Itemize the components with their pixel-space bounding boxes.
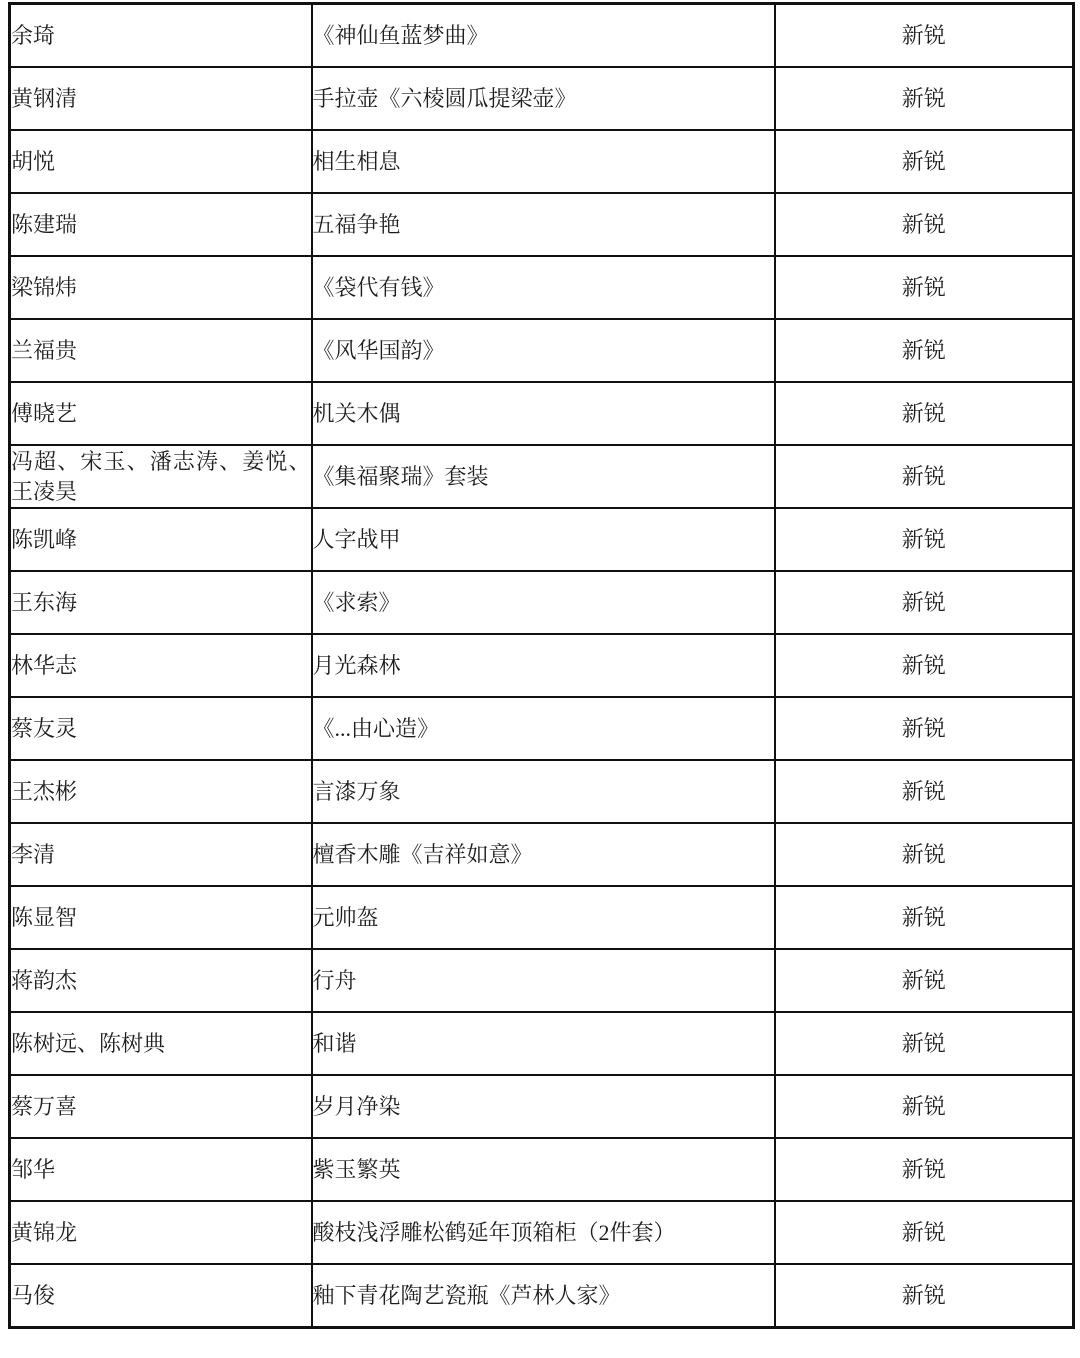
author-cell: 马俊 xyxy=(10,1264,312,1328)
table-row: 邹华 紫玉繁英 新锐 xyxy=(10,1138,1074,1201)
work-title-cell: 酸枝浅浮雕松鹤延年顶箱柜（2件套） xyxy=(312,1201,775,1264)
category-cell: 新锐 xyxy=(775,319,1074,382)
work-title-cell: 《神仙鱼蓝梦曲》 xyxy=(312,4,775,68)
table-row: 陈显智 元帅盔 新锐 xyxy=(10,886,1074,949)
author-cell: 梁锦炜 xyxy=(10,256,312,319)
table-row: 蒋韵杰 行舟 新锐 xyxy=(10,949,1074,1012)
author-cell: 傅晓艺 xyxy=(10,382,312,445)
document-page: 余琦 《神仙鱼蓝梦曲》 新锐 黄钢清 手拉壶《六棱圆瓜提梁壶》 新锐 胡悦 相生… xyxy=(0,0,1080,1358)
work-title-cell: 手拉壶《六棱圆瓜提梁壶》 xyxy=(312,67,775,130)
work-title-cell: 人字战甲 xyxy=(312,508,775,571)
table-row: 蔡万喜 岁月净染 新锐 xyxy=(10,1075,1074,1138)
table-row: 黄钢清 手拉壶《六棱圆瓜提梁壶》 新锐 xyxy=(10,67,1074,130)
author-cell: 胡悦 xyxy=(10,130,312,193)
table-row: 王杰彬 言漆万象 新锐 xyxy=(10,760,1074,823)
category-cell: 新锐 xyxy=(775,193,1074,256)
table-row: 陈凯峰 人字战甲 新锐 xyxy=(10,508,1074,571)
table-row: 黄锦龙 酸枝浅浮雕松鹤延年顶箱柜（2件套） 新锐 xyxy=(10,1201,1074,1264)
table-row: 余琦 《神仙鱼蓝梦曲》 新锐 xyxy=(10,4,1074,68)
category-cell: 新锐 xyxy=(775,130,1074,193)
table-row: 兰福贵 《风华国韵》 新锐 xyxy=(10,319,1074,382)
work-title-cell: 《集福聚瑞》套装 xyxy=(312,445,775,508)
work-title-cell: 《袋代有钱》 xyxy=(312,256,775,319)
author-cell: 王杰彬 xyxy=(10,760,312,823)
author-cell: 李清 xyxy=(10,823,312,886)
work-title-cell: 釉下青花陶艺瓷瓶《芦林人家》 xyxy=(312,1264,775,1328)
author-cell: 黄锦龙 xyxy=(10,1201,312,1264)
author-cell: 蔡友灵 xyxy=(10,697,312,760)
work-title-cell: 檀香木雕《吉祥如意》 xyxy=(312,823,775,886)
table-row: 陈树远、陈树典 和谐 新锐 xyxy=(10,1012,1074,1075)
category-cell: 新锐 xyxy=(775,1138,1074,1201)
category-cell: 新锐 xyxy=(775,4,1074,68)
category-cell: 新锐 xyxy=(775,697,1074,760)
category-cell: 新锐 xyxy=(775,1201,1074,1264)
author-cell: 陈建瑞 xyxy=(10,193,312,256)
work-title-cell: 相生相息 xyxy=(312,130,775,193)
work-title-cell: 岁月净染 xyxy=(312,1075,775,1138)
table-row: 冯超、宋玉、潘志涛、姜悦、王凌昊 《集福聚瑞》套装 新锐 xyxy=(10,445,1074,508)
table-row: 胡悦 相生相息 新锐 xyxy=(10,130,1074,193)
work-title-cell: 月光森林 xyxy=(312,634,775,697)
author-cell: 蔡万喜 xyxy=(10,1075,312,1138)
author-cell: 陈显智 xyxy=(10,886,312,949)
work-title-cell: 《求索》 xyxy=(312,571,775,634)
work-title-cell: 行舟 xyxy=(312,949,775,1012)
author-cell: 黄钢清 xyxy=(10,67,312,130)
work-title-cell: 《...由心造》 xyxy=(312,697,775,760)
category-cell: 新锐 xyxy=(775,1012,1074,1075)
work-title-cell: 元帅盔 xyxy=(312,886,775,949)
table-row: 李清 檀香木雕《吉祥如意》 新锐 xyxy=(10,823,1074,886)
table-row: 陈建瑞 五福争艳 新锐 xyxy=(10,193,1074,256)
category-cell: 新锐 xyxy=(775,256,1074,319)
author-cell: 余琦 xyxy=(10,4,312,68)
table-row: 蔡友灵 《...由心造》 新锐 xyxy=(10,697,1074,760)
category-cell: 新锐 xyxy=(775,382,1074,445)
category-cell: 新锐 xyxy=(775,634,1074,697)
author-cell: 兰福贵 xyxy=(10,319,312,382)
category-cell: 新锐 xyxy=(775,571,1074,634)
table-row: 傅晓艺 机关木偶 新锐 xyxy=(10,382,1074,445)
table-row: 王东海 《求索》 新锐 xyxy=(10,571,1074,634)
category-cell: 新锐 xyxy=(775,1075,1074,1138)
work-title-cell: 机关木偶 xyxy=(312,382,775,445)
work-title-cell: 《风华国韵》 xyxy=(312,319,775,382)
category-cell: 新锐 xyxy=(775,886,1074,949)
author-cell: 林华志 xyxy=(10,634,312,697)
table-row: 林华志 月光森林 新锐 xyxy=(10,634,1074,697)
table-row: 梁锦炜 《袋代有钱》 新锐 xyxy=(10,256,1074,319)
author-cell: 冯超、宋玉、潘志涛、姜悦、王凌昊 xyxy=(10,445,312,508)
work-title-cell: 紫玉繁英 xyxy=(312,1138,775,1201)
award-table-body: 余琦 《神仙鱼蓝梦曲》 新锐 黄钢清 手拉壶《六棱圆瓜提梁壶》 新锐 胡悦 相生… xyxy=(10,4,1074,1328)
author-cell: 陈树远、陈树典 xyxy=(10,1012,312,1075)
category-cell: 新锐 xyxy=(775,760,1074,823)
author-cell: 陈凯峰 xyxy=(10,508,312,571)
category-cell: 新锐 xyxy=(775,67,1074,130)
category-cell: 新锐 xyxy=(775,445,1074,508)
category-cell: 新锐 xyxy=(775,508,1074,571)
author-cell: 王东海 xyxy=(10,571,312,634)
award-list-table: 余琦 《神仙鱼蓝梦曲》 新锐 黄钢清 手拉壶《六棱圆瓜提梁壶》 新锐 胡悦 相生… xyxy=(8,2,1075,1329)
work-title-cell: 和谐 xyxy=(312,1012,775,1075)
category-cell: 新锐 xyxy=(775,1264,1074,1328)
author-cell: 蒋韵杰 xyxy=(10,949,312,1012)
category-cell: 新锐 xyxy=(775,823,1074,886)
work-title-cell: 五福争艳 xyxy=(312,193,775,256)
table-row: 马俊 釉下青花陶艺瓷瓶《芦林人家》 新锐 xyxy=(10,1264,1074,1328)
work-title-cell: 言漆万象 xyxy=(312,760,775,823)
author-cell: 邹华 xyxy=(10,1138,312,1201)
category-cell: 新锐 xyxy=(775,949,1074,1012)
